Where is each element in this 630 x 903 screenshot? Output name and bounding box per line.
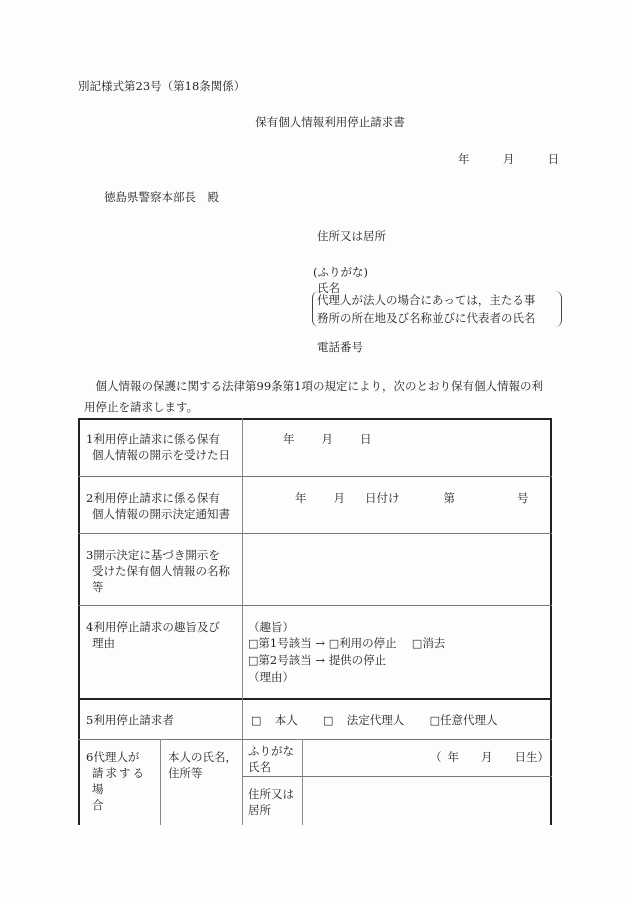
option2-checkbox[interactable]: □ — [248, 654, 258, 667]
choice-voluntary-agent-label: 任意代理人 — [440, 713, 498, 727]
reason-heading: （理由） — [248, 669, 548, 685]
choice-voluntary-agent-checkbox[interactable]: □ — [430, 714, 440, 727]
choice-legal-agent-checkbox[interactable]: □ — [323, 714, 333, 727]
choice-legal-agent-label: 法定代理人 — [347, 713, 405, 727]
option1b-checkbox[interactable]: □ — [412, 637, 422, 650]
row2-label: 2利用停止請求に係る保有 個人情報の開示決定通知書 — [86, 490, 238, 522]
row2-notice-field[interactable]: 年月日付け第号 — [295, 490, 535, 506]
choice-self-checkbox[interactable]: □ — [251, 714, 261, 727]
row1-label: 1利用停止請求に係る保有 個人情報の開示を受けた日 — [86, 431, 238, 463]
request-date[interactable]: 年 月 日 — [458, 151, 559, 167]
row3-label: 3開示決定に基づき開示を 受けた保有個人情報の名称 等 — [86, 547, 238, 595]
arrow-icon: → — [315, 653, 325, 667]
row4-label: 4利用停止請求の趣旨及び 理由 — [86, 619, 238, 651]
row6-name-field-label: ふりがな 氏名 — [248, 743, 302, 775]
furigana-label: (ふりがな) — [313, 264, 368, 280]
row6-label: 6代理人が 請求する場 合 — [86, 749, 158, 813]
row5-requester-choices: □ 本人 □ 法定代理人 □任意代理人 — [251, 712, 551, 729]
option1-checkbox[interactable]: □ — [248, 637, 258, 650]
date-day: 日 — [548, 151, 560, 167]
choice-self-label: 本人 — [275, 713, 298, 727]
row6-address-field-label: 住所又は 居所 — [248, 786, 302, 818]
row3-info-name-field[interactable] — [244, 535, 550, 605]
option1b-label: 消去 — [422, 636, 445, 650]
request-table: 1利用停止請求に係る保有 個人情報の開示を受けた日 年月日 2利用停止請求に係る… — [78, 418, 552, 838]
corporate-note-line1: 代理人が法人の場合にあっては，主たる事 — [317, 291, 557, 309]
purpose-heading: （趣旨） — [248, 619, 548, 635]
option2-label: 第2号該当 — [258, 653, 311, 667]
addressee: 徳島県警察本部長 殿 — [104, 189, 219, 205]
row1-disclosure-date-field[interactable]: 年月日 — [283, 431, 372, 447]
corporate-note-line2: 務所の所在地及び名称並びに代表者の氏名 — [317, 309, 557, 327]
row4-purpose: （趣旨） □第1号該当 → □利用の停止 □消去 □第2号該当 → 提供の停止 … — [248, 619, 548, 685]
option2-result: 提供の停止 — [329, 653, 387, 667]
address-label: 住所又は居所 — [317, 228, 386, 244]
option1a-checkbox[interactable]: □ — [329, 637, 339, 650]
option1a-label: 利用の停止 — [339, 636, 397, 650]
date-month: 月 — [503, 151, 515, 167]
date-year: 年 — [458, 151, 470, 167]
option1-label: 第1号該当 — [258, 636, 311, 650]
corporate-note: 代理人が法人の場合にあっては，主たる事 務所の所在地及び名称並びに代表者の氏名 — [312, 291, 562, 327]
document-title: 保有個人情報利用停止請求書 — [0, 114, 630, 130]
row6-birthdate-field[interactable]: （年月日生） — [430, 749, 550, 765]
arrow-icon: → — [315, 636, 325, 650]
phone-label: 電話番号 — [317, 339, 363, 355]
row5-label: 5利用停止請求者 — [86, 712, 238, 728]
form-id: 別記様式第23号（第18条関係） — [78, 78, 245, 94]
intro-text: 個人情報の保護に関する法律第99条第1項の規定により，次のとおり保有個人情報の利… — [84, 376, 554, 418]
row6-sublabel: 本人の氏名， 住所等 — [168, 749, 248, 781]
